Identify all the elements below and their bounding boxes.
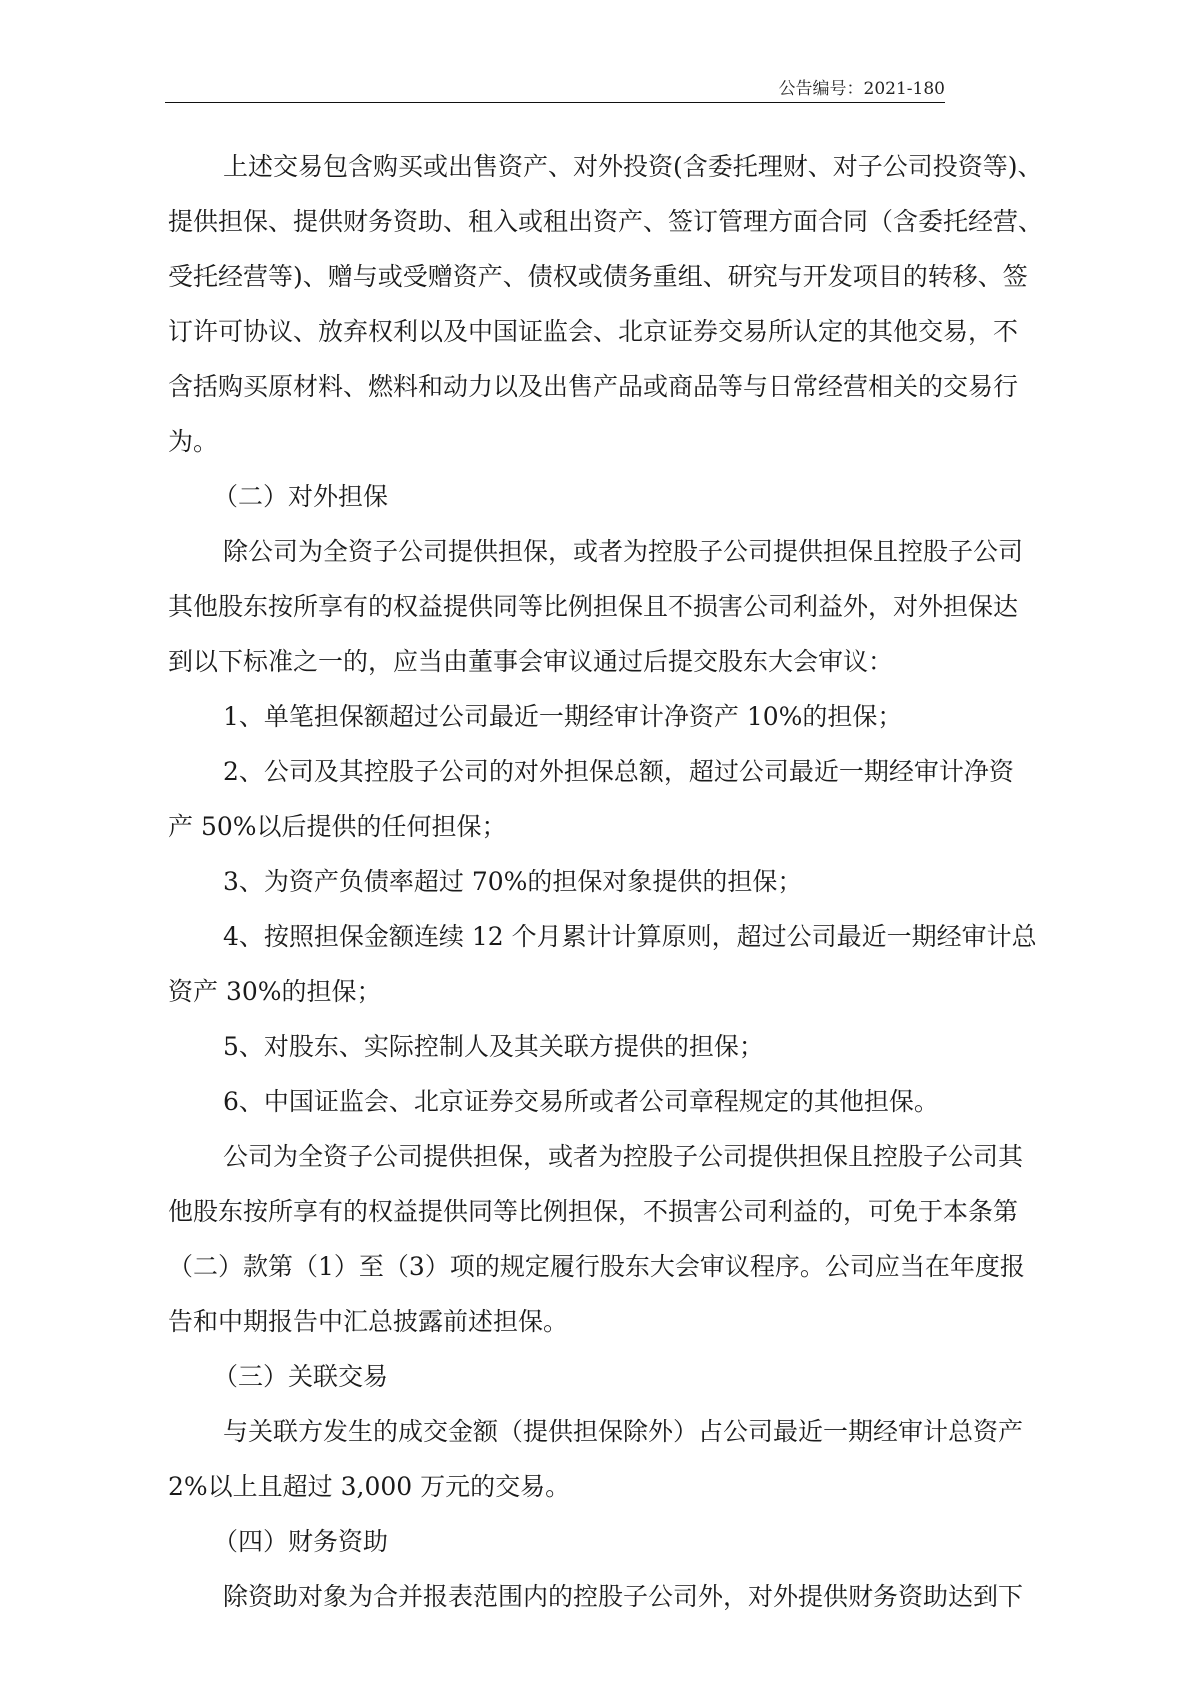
text-line: 含括购买原材料、燃料和动力以及出售产品或商品等与日常经营相关的交易行 (168, 359, 934, 414)
text-line: 告和中期报告中汇总披露前述担保。 (168, 1294, 934, 1349)
text-line: 上述交易包含购买或出售资产、对外投资(含委托理财、对子公司投资等)、 (168, 139, 934, 194)
text-line: 其他股东按所享有的权益提供同等比例担保且不损害公司利益外，对外担保达 (168, 579, 934, 634)
list-item: 6、中国证监会、北京证券交易所或者公司章程规定的其他担保。 (168, 1074, 934, 1129)
text-line: 提供担保、提供财务资助、租入或租出资产、签订管理方面合同（含委托经营、 (168, 194, 934, 249)
header-divider (165, 102, 945, 103)
announcement-number: 公告编号：2021-180 (165, 76, 945, 102)
text-line: 2%以上且超过 3,000 万元的交易。 (168, 1459, 934, 1514)
section-heading: （三）关联交易 (168, 1349, 934, 1404)
text-line: 除资助对象为合并报表范围内的控股子公司外，对外提供财务资助达到下 (168, 1569, 934, 1624)
text-line: 他股东按所享有的权益提供同等比例担保，不损害公司利益的，可免于本条第 (168, 1184, 934, 1239)
text-line: 为。 (168, 414, 934, 469)
document-body: 上述交易包含购买或出售资产、对外投资(含委托理财、对子公司投资等)、 提供担保、… (168, 139, 934, 1624)
text-line: 与关联方发生的成交金额（提供担保除外）占公司最近一期经审计总资产 (168, 1404, 934, 1459)
text-line: 到以下标准之一的，应当由董事会审议通过后提交股东大会审议： (168, 634, 934, 689)
text-line: 资产 30%的担保； (168, 964, 934, 1019)
list-item: 4、按照担保金额连续 12 个月累计计算原则，超过公司最近一期经审计总 (168, 909, 934, 964)
section-heading: （二）对外担保 (168, 469, 934, 524)
text-line: 公司为全资子公司提供担保，或者为控股子公司提供担保且控股子公司其 (168, 1129, 934, 1184)
text-line: 受托经营等)、赠与或受赠资产、债权或债务重组、研究与开发项目的转移、签 (168, 249, 934, 304)
text-line: 产 50%以后提供的任何担保； (168, 799, 934, 854)
text-line: 除公司为全资子公司提供担保，或者为控股子公司提供担保且控股子公司 (168, 524, 934, 579)
text-line: （二）款第（1）至（3）项的规定履行股东大会审议程序。公司应当在年度报 (168, 1239, 934, 1294)
list-item: 2、公司及其控股子公司的对外担保总额，超过公司最近一期经审计净资 (168, 744, 934, 799)
section-heading: （四）财务资助 (168, 1514, 934, 1569)
text-line: 订许可协议、放弃权利以及中国证监会、北京证券交易所认定的其他交易，不 (168, 304, 934, 359)
list-item: 1、单笔担保额超过公司最近一期经审计净资产 10%的担保； (168, 689, 934, 744)
list-item: 5、对股东、实际控制人及其关联方提供的担保； (168, 1019, 934, 1074)
list-item: 3、为资产负债率超过 70%的担保对象提供的担保； (168, 854, 934, 909)
